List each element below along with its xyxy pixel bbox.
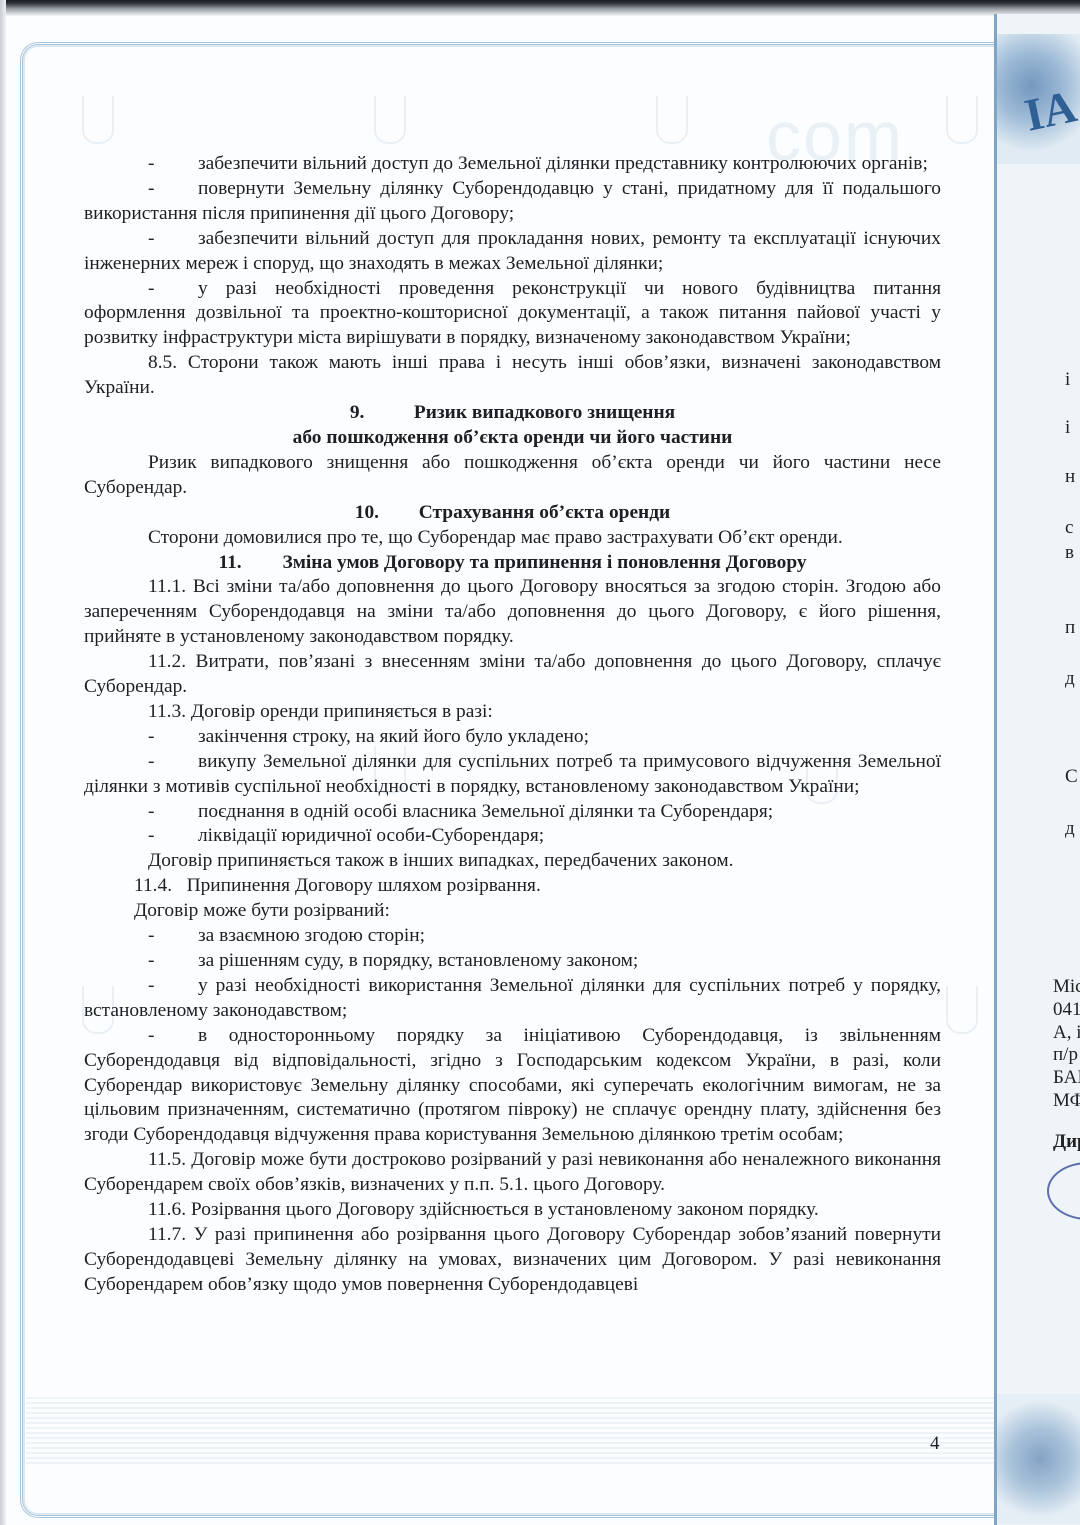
dash-bullet: - [148,152,198,177]
page-number: 4 [930,1433,940,1455]
list-item-text: ліквідації юридичної особи-Суборендаря; [198,825,544,846]
section-heading: 9.Ризик випадкового знищення [84,401,941,426]
bank-line: Міс [1053,976,1080,999]
edge-letter: і [1065,369,1070,391]
bank-details-fragment: Міс041А, іп/рБАІМФДир [1053,976,1080,1154]
bank-line: БАІ [1053,1067,1080,1090]
list-item: -викупу Земельної ділянки для суспільних… [84,750,941,800]
edge-letter: д [1065,818,1075,840]
list-item-text: в односторонньому порядку за ініціативою… [84,1025,941,1146]
edge-letter: С [1065,766,1078,788]
dash-bullet: - [148,177,198,202]
trident-watermark-icon [656,96,688,144]
paragraph: Ризик випадкового знищення або пошкоджен… [84,451,941,501]
trident-watermark-icon [946,986,978,1034]
scan-edge-top [0,0,1080,16]
trident-watermark-icon [82,96,114,144]
section-number: 9. [350,401,414,426]
paragraph: Договір може бути розірваний: [84,899,941,924]
dash-bullet: - [148,949,198,974]
list-item-text: поєднання в одній особі власника Земельн… [198,801,773,822]
bank-line: МФ [1053,1090,1080,1113]
paragraph: 11.3. Договір оренди припиняється в разі… [84,700,941,725]
dash-bullet: - [148,725,198,750]
list-item: -ліквідації юридичної особи-Суборендаря; [84,824,941,849]
edge-letter: п [1065,617,1075,639]
list-item: -закінчення строку, на який його було ук… [84,725,941,750]
paragraph: 11.5. Договір може бути достроково розір… [84,1148,941,1198]
paragraph: 11.1. Всі зміни та/або доповнення до цьо… [84,575,941,650]
seal-emblem: IA [1020,79,1080,141]
section-title: або пошкодження об’єкта оренди чи його ч… [293,427,733,448]
section-number: 11. [218,551,282,576]
edge-letter: д [1065,668,1075,690]
bank-line: А, і [1053,1022,1080,1045]
section-title: Страхування об’єкта оренди [419,502,670,523]
dash-bullet: - [148,1024,198,1049]
dash-bullet: - [148,824,198,849]
signature-mark [1047,1162,1080,1220]
trident-watermark-icon [946,96,978,144]
list-item-text: за рішенням суду, в порядку, встановлено… [198,950,638,971]
ornament-bottom-icon [997,1394,1080,1524]
list-item: -повернути Земельну ділянку Суборендодав… [84,177,941,227]
dash-bullet: - [148,924,198,949]
edge-letter: і [1065,417,1070,439]
paragraph: 11.4. Припинення Договору шляхом розірва… [84,874,941,899]
section-number: 10. [355,501,419,526]
bank-line: п/р [1053,1044,1080,1067]
list-item-text: за взаємною згодою сторін; [198,925,425,946]
paragraph: 11.2. Витрати, пов’язані з внесенням змі… [84,650,941,700]
list-item-text: у разі необхідності проведення реконстру… [84,278,941,349]
list-item: -у разі необхідності проведення реконстр… [84,277,941,352]
list-item: -у разі необхідності використання Земель… [84,974,941,1024]
list-item-text: забезпечити вільний доступ до Земельної … [198,153,928,174]
list-item: -забезпечити вільний доступ до Земельної… [84,152,941,177]
paragraph: 11.7. У разі припинення або розірвання ц… [84,1223,941,1298]
list-item-text: викупу Земельної ділянки для суспільних … [84,751,941,797]
list-item: -за рішенням суду, в порядку, встановлен… [84,949,941,974]
paragraph: 11.6. Розірвання цього Договору здійснює… [84,1198,941,1223]
edge-letter: н [1065,466,1075,488]
security-stripe [26,1394,998,1464]
trident-watermark-icon [374,96,406,144]
next-page-edge: IA іінсвпдСд Міс041А, іп/рБАІМФДир [994,14,1080,1525]
list-item: -за взаємною згодою сторін; [84,924,941,949]
bank-line: 041 [1053,999,1080,1022]
section-heading: або пошкодження об’єкта оренди чи його ч… [84,426,941,451]
dash-bullet: - [148,277,198,302]
dash-bullet: - [148,227,198,252]
list-item: -в односторонньому порядку за ініціативо… [84,1024,941,1149]
signatory-label: Дир [1053,1131,1080,1154]
list-item-text: забезпечити вільний доступ для прокладан… [84,228,941,274]
edge-letter: в [1065,542,1074,564]
list-item-text: закінчення строку, на який його було укл… [198,726,589,747]
section-heading: 11.Зміна умов Договору та припинення і п… [84,551,941,576]
paragraph: 8.5. Сторони також мають інші права і не… [84,351,941,401]
list-item-text: повернути Земельну ділянку Суборендодавц… [84,178,941,224]
document-body: -забезпечити вільний доступ до Земельної… [84,152,941,1298]
list-item-text: у разі необхідності використання Земельн… [84,975,941,1021]
paragraph: Сторони домовилися про те, що Суборендар… [84,526,941,551]
dash-bullet: - [148,750,198,775]
section-heading: 10.Страхування об’єкта оренди [84,501,941,526]
section-title: Ризик випадкового знищення [414,402,675,423]
paragraph: Договір припиняється також в інших випад… [84,849,941,874]
dash-bullet: - [148,800,198,825]
edge-letter: с [1065,517,1073,539]
list-item: -забезпечити вільний доступ для проклада… [84,227,941,277]
dash-bullet: - [148,974,198,999]
section-title: Зміна умов Договору та припинення і поно… [282,552,806,573]
list-item: -поєднання в одній особі власника Земель… [84,800,941,825]
